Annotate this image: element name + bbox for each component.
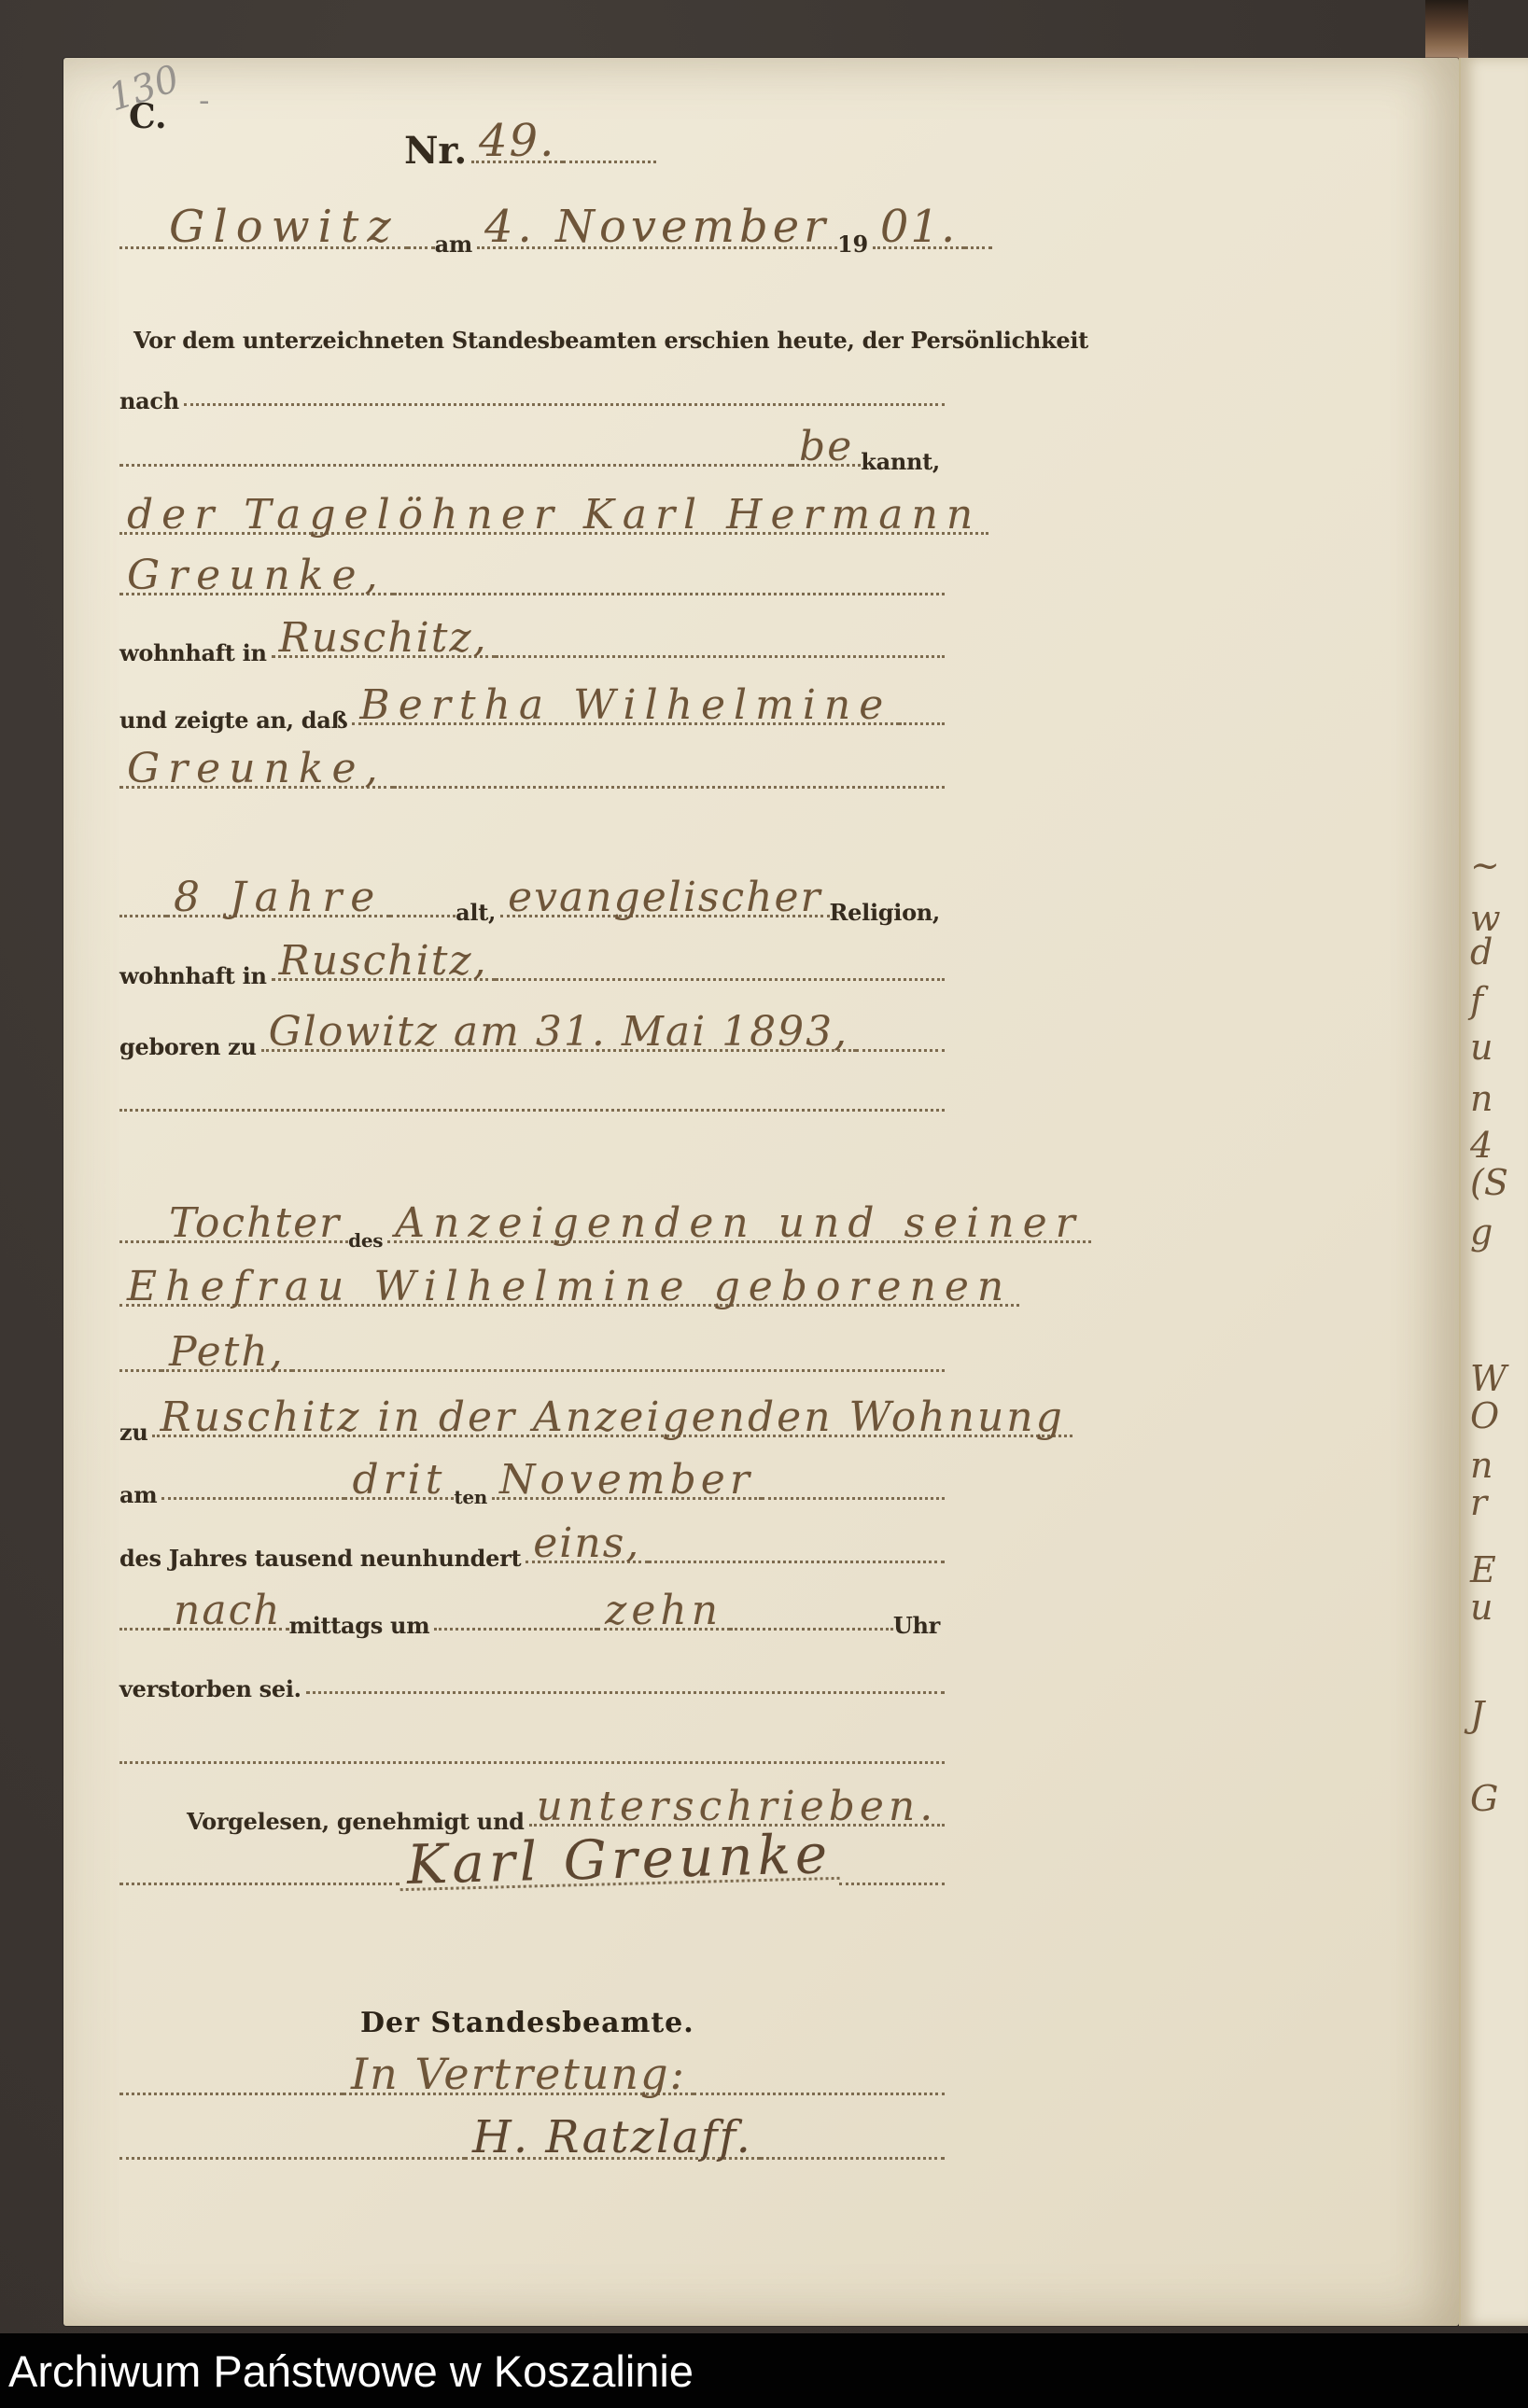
- uhr-label: Uhr: [893, 1615, 945, 1637]
- dotted-rule: [964, 246, 992, 249]
- declarant-signature: Karl Greunke: [399, 1831, 839, 1892]
- residence-line-1: wohnhaft in Ruschitz,: [119, 602, 945, 658]
- handwriting-fragment: E: [1470, 1549, 1496, 1590]
- wohnhaft2-label: wohnhaft in: [119, 965, 272, 987]
- des-label: des: [348, 1231, 387, 1250]
- dotted-rule: [899, 722, 945, 725]
- deceased-surname: Greunke,: [119, 751, 394, 789]
- parent-line-2: Ehefrau Wilhelmine geborenen: [119, 1251, 945, 1307]
- dotted-rule: [119, 246, 161, 249]
- place-date-line: Glowitz am 4. November 19 01.: [119, 193, 950, 249]
- handwriting-fragment: 4: [1470, 1125, 1493, 1166]
- deputy-note: In Vertretung:: [343, 2056, 694, 2095]
- report-line: und zeigte an, daß Bertha Wilhelmine: [119, 669, 945, 725]
- handwriting-fragment: g: [1470, 1211, 1493, 1253]
- zu-label: zu: [119, 1421, 152, 1444]
- approval-line: Vorgelesen, genehmigt und unterschrieben…: [187, 1771, 945, 1827]
- dotted-rule: [292, 1369, 945, 1372]
- unterschrieben-handwritten: unterschrieben.: [529, 1789, 946, 1827]
- nr-label: Nr.: [404, 133, 471, 170]
- handwriting-fragment: (S: [1470, 1162, 1508, 1203]
- declarant-surname: Greunke,: [119, 558, 394, 595]
- hour-value: zehn: [597, 1593, 730, 1631]
- dotted-rule: [839, 1883, 945, 1885]
- dotted-rule: [563, 161, 656, 163]
- dotted-rule: [119, 2157, 465, 2160]
- parent-line-1: Tochter des Anzeigenden und seiner: [119, 1187, 945, 1243]
- death-year: eins,: [526, 1526, 648, 1563]
- dotted-rule: [394, 593, 945, 595]
- registrar-title: Der Standesbeamte.: [360, 2007, 694, 2039]
- age-value: 8 Jahre: [166, 880, 390, 917]
- handwriting-fragment: O: [1470, 1395, 1499, 1436]
- dotted-rule: [760, 2157, 945, 2160]
- dotted-rule: [762, 1497, 945, 1500]
- death-day: drit: [344, 1463, 454, 1500]
- death-time-line: nach mittags um zehn Uhr: [119, 1575, 945, 1631]
- dotted-rule: [434, 1628, 597, 1631]
- year-prefix: 19: [837, 233, 873, 256]
- death-year-line: des Jahres tausend neunhundert eins,: [119, 1507, 945, 1563]
- jahr-label: des Jahres tausend neunhundert: [119, 1547, 526, 1570]
- dotted-rule: [119, 1628, 166, 1631]
- bekannt-label: kannt,: [861, 451, 945, 473]
- parent-relation: Anzeigenden und seiner: [387, 1206, 1090, 1243]
- residence-declarant: Ruschitz,: [272, 621, 496, 658]
- dotted-rule: [306, 1691, 945, 1694]
- religion-value: evangelischer: [500, 880, 829, 917]
- handwriting-fragment: n: [1470, 1078, 1493, 1119]
- record-number-value: 49.: [471, 122, 563, 163]
- blank-ruled-line: [119, 1056, 945, 1112]
- religion-label: Religion,: [830, 902, 945, 924]
- dotted-rule: [119, 2093, 343, 2095]
- date-value: 4. November: [477, 208, 837, 249]
- handwriting-fragment: ~: [1470, 845, 1500, 886]
- handwriting-fragment: G: [1470, 1778, 1498, 1819]
- nach-label: nach: [119, 390, 184, 413]
- birth-place-date: Glowitz am 31. Mai 1893,: [261, 1015, 857, 1052]
- deceased-given-names: Bertha Wilhelmine: [352, 688, 899, 725]
- book-binding-gap: [1425, 0, 1468, 60]
- registrar-signature-line: H. Ratzlaff.: [119, 2104, 945, 2160]
- dotted-rule: [856, 1049, 945, 1052]
- place-value: Glowitz: [161, 208, 407, 249]
- dotted-rule: [119, 1240, 161, 1243]
- death-day-line: am drit ten November: [119, 1444, 945, 1500]
- am-label: am: [435, 233, 477, 256]
- birth-line: geboren zu Glowitz am 31. Mai 1893,: [119, 996, 945, 1052]
- dotted-rule: [730, 1628, 893, 1631]
- dotted-rule: [694, 2093, 945, 2095]
- handwriting-fragment: f: [1470, 980, 1483, 1021]
- death-record-page: 130 - C. Nr. 49. Glowitz am 4. November …: [63, 58, 1459, 2326]
- handwriting-fragment: W: [1470, 1358, 1507, 1399]
- pencil-dash-mark: -: [199, 82, 210, 119]
- declarant-name-part1: der Tagelöhner Karl Hermann: [119, 497, 988, 535]
- death-month: November: [492, 1463, 762, 1500]
- bekannt-handwritten: be: [792, 429, 861, 467]
- mother-maiden-name: Peth,: [161, 1335, 292, 1372]
- dotted-rule: [119, 1109, 945, 1112]
- handwriting-fragment: r: [1470, 1482, 1487, 1523]
- dotted-rule: [184, 403, 945, 406]
- dotted-rule: [119, 1369, 161, 1372]
- form-letter-c: C.: [129, 97, 167, 136]
- blank-ruled-line: [119, 1708, 945, 1764]
- record-number-line: Nr. 49.: [404, 107, 656, 163]
- adjacent-page-edge: ~ w d f u n 4 (S g W O n r E u J G: [1459, 58, 1528, 2326]
- age-religion-line: 8 Jahre alt, evangelischer Religion,: [119, 861, 945, 917]
- bekannt-line: be kannt,: [119, 411, 945, 467]
- parent-line-3: Peth,: [119, 1316, 945, 1372]
- dotted-rule: [496, 978, 945, 981]
- registrar-signature: H. Ratzlaff.: [465, 2119, 760, 2160]
- dotted-rule: [496, 655, 945, 658]
- handwriting-fragment: u: [1470, 1587, 1493, 1628]
- dotted-rule: [119, 915, 166, 917]
- dotted-rule: [390, 915, 456, 917]
- mother-name: Ehefrau Wilhelmine geborenen: [119, 1269, 1019, 1307]
- dotted-rule: [407, 246, 435, 249]
- handwriting-fragment: u: [1470, 1027, 1493, 1068]
- residence-line-2: wohnhaft in Ruschitz,: [119, 925, 945, 981]
- dotted-rule: [394, 786, 945, 789]
- dotted-rule: [119, 464, 792, 467]
- declarant-line-2: Greunke,: [119, 539, 945, 595]
- photographed-register-page: 130 - C. Nr. 49. Glowitz am 4. November …: [0, 0, 1528, 2408]
- archive-name: Archiwum Państwowe w Koszalinie: [8, 2345, 694, 2397]
- am2-label: am: [119, 1484, 161, 1506]
- deceased-surname-line: Greunke,: [119, 733, 945, 789]
- zeigte-label: und zeigte an, daß: [119, 709, 352, 732]
- verstorben-line: verstorben sei.: [119, 1638, 945, 1694]
- declarant-line-1: der Tagelöhner Karl Hermann: [119, 479, 945, 535]
- handwriting-fragment: J: [1470, 1694, 1484, 1735]
- tochter-handwritten: Tochter: [161, 1206, 348, 1243]
- wohnhaft-label: wohnhaft in: [119, 642, 272, 665]
- death-place: Ruschitz in der Anzeigenden Wohnung: [152, 1400, 1072, 1437]
- ten-label: ten: [454, 1488, 492, 1506]
- verstorben-label: verstorben sei.: [119, 1678, 306, 1701]
- nach-line: nach: [119, 350, 945, 406]
- residence-deceased: Ruschitz,: [272, 944, 496, 981]
- year-value: 01.: [873, 208, 964, 249]
- time-prefix: nach: [166, 1593, 289, 1631]
- handwriting-fragment: d: [1470, 931, 1493, 973]
- handwriting-fragment: n: [1470, 1445, 1493, 1486]
- declarant-signature-line: Karl Greunke: [119, 1829, 945, 1885]
- archive-watermark-bar: Archiwum Państwowe w Koszalinie: [0, 2333, 1528, 2408]
- dotted-rule: [161, 1497, 344, 1500]
- dotted-rule: [648, 1561, 945, 1563]
- mittags-label: mittags um: [289, 1615, 435, 1637]
- dotted-rule: [119, 1883, 400, 1885]
- deputy-line: In Vertretung:: [119, 2039, 945, 2095]
- alt-label: alt,: [456, 902, 500, 924]
- death-place-line: zu Ruschitz in der Anzeigenden Wohnung: [119, 1381, 945, 1437]
- dotted-rule: [119, 1761, 945, 1764]
